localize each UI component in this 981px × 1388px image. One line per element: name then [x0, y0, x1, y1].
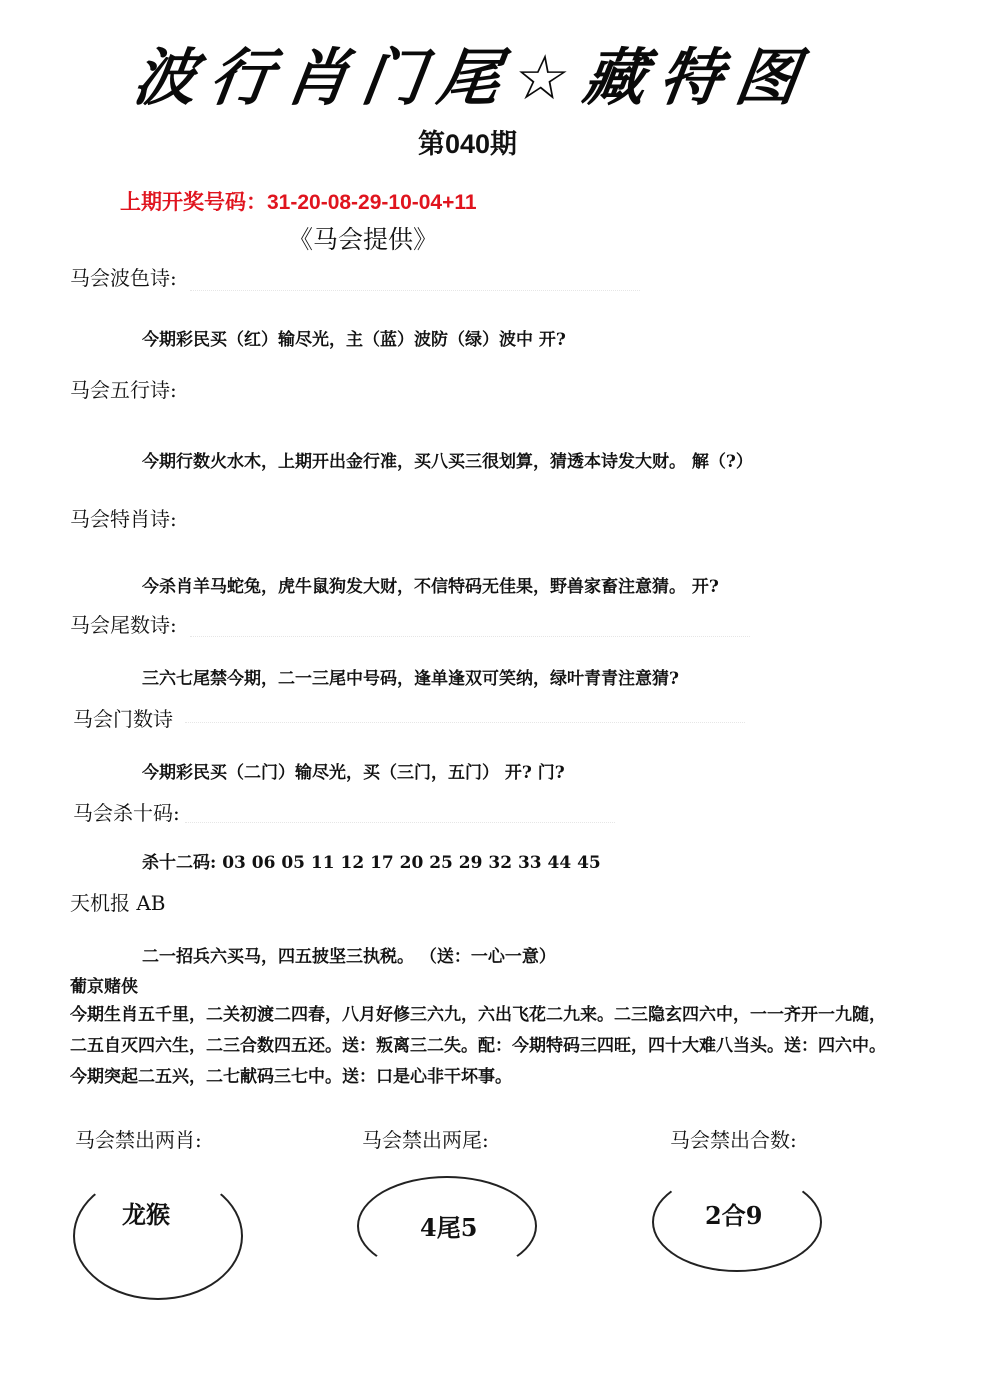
- section-label-tail-number: 马会尾数诗:: [70, 609, 177, 638]
- issue-number: 第040期: [418, 122, 517, 161]
- banned-zodiac-oval: [73, 1172, 243, 1300]
- divider: [185, 722, 745, 723]
- section-label-tianji: 天机报 AB: [70, 887, 166, 916]
- banned-sum-label: 马会禁出合数:: [670, 1124, 797, 1153]
- provider-note: 《马会提供》: [288, 220, 438, 256]
- banned-tail-label: 马会禁出两尾:: [362, 1124, 489, 1153]
- section-label-wave-color: 马会波色诗:: [70, 262, 177, 291]
- section-label-five-elements: 马会五行诗:: [70, 374, 177, 403]
- gambler-text: 今期生肖五千里，二关初渡二四春，八月好修三六九，六出飞花二九来。二三隐玄四六中，…: [70, 1000, 900, 1093]
- banned-zodiac-value: 龙猴: [122, 1195, 170, 1230]
- section-text-tianji: 二一招兵六买马，四五披坚三执税。 （送：一心一意）: [142, 942, 556, 967]
- gambler-label: 葡京赌侠: [70, 972, 138, 997]
- page-title: 波行肖门尾☆藏特图: [129, 28, 819, 117]
- section-label-special-zodiac: 马会特肖诗:: [70, 503, 177, 532]
- section-text-kill-ten: 杀十二码: 03 06 05 11 12 17 20 25 29 32 33 4…: [142, 848, 601, 873]
- divider: [185, 822, 615, 823]
- banned-sum-value: 2合9: [705, 1196, 762, 1231]
- section-text-gate-number: 今期彩民买（二门）输尽光，买（三门，五门） 开? 门?: [142, 758, 565, 783]
- section-text-wave-color: 今期彩民买（红）输尽光，主（蓝）波防（绿）波中 开?: [142, 325, 566, 350]
- last-draw-label: 上期开奖号码：: [120, 191, 267, 214]
- banned-tail-value: 4尾5: [420, 1208, 477, 1243]
- last-draw: 上期开奖号码：31-20-08-29-10-04+11: [120, 186, 477, 216]
- section-text-five-elements: 今期行数火水木，上期开出金行准，买八买三很划算，猜透本诗发大财。 解（?）: [142, 447, 753, 472]
- divider: [190, 290, 640, 291]
- divider: [190, 636, 750, 637]
- section-text-tail-number: 三六七尾禁今期，二一三尾中号码，逢单逢双可笑纳，绿叶青青注意猜?: [142, 664, 679, 689]
- banned-zodiac-label: 马会禁出两肖:: [75, 1124, 202, 1153]
- section-label-gate-number: 马会门数诗: [73, 703, 173, 732]
- section-text-special-zodiac: 今杀肖羊马蛇兔，虎牛鼠狗发大财，不信特码无佳果，野兽家畜注意猜。 开?: [142, 572, 719, 597]
- last-draw-numbers: 31-20-08-29-10-04+11: [267, 191, 477, 214]
- section-label-kill-ten: 马会杀十码:: [73, 797, 180, 826]
